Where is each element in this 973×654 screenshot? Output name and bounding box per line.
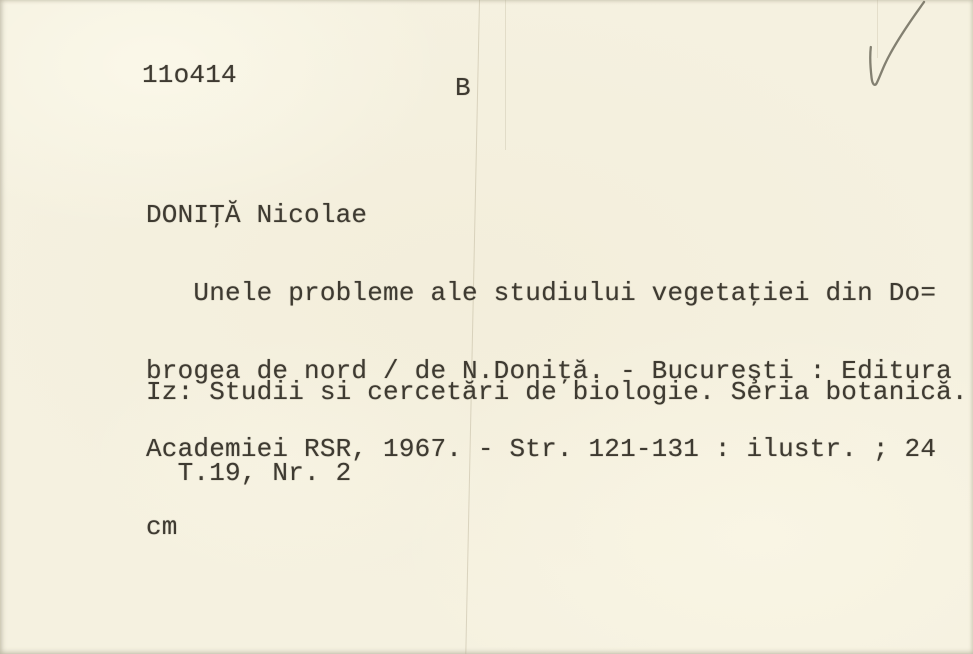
entry-heading: DONIŢĂ Nicolae [146, 202, 952, 228]
source-note-series-line: Iz: Studii si cercetări de biologie. Ser… [146, 379, 968, 406]
call-number: 11o414 [142, 62, 237, 88]
source-note-volume-line: T.19, Nr. 2 [146, 460, 968, 487]
entry-title-line: Unele probleme ale studiului vegetaţiei … [146, 280, 952, 306]
source-note-block: Iz: Studii si cercetări de biologie. Ser… [146, 325, 968, 541]
paper-crease-top [505, 0, 506, 150]
catalog-card: 11o414 B DONIŢĂ Nicolae Unele probleme a… [0, 0, 973, 654]
classification-letter: B [455, 75, 471, 101]
checkmark-icon [840, 0, 950, 100]
